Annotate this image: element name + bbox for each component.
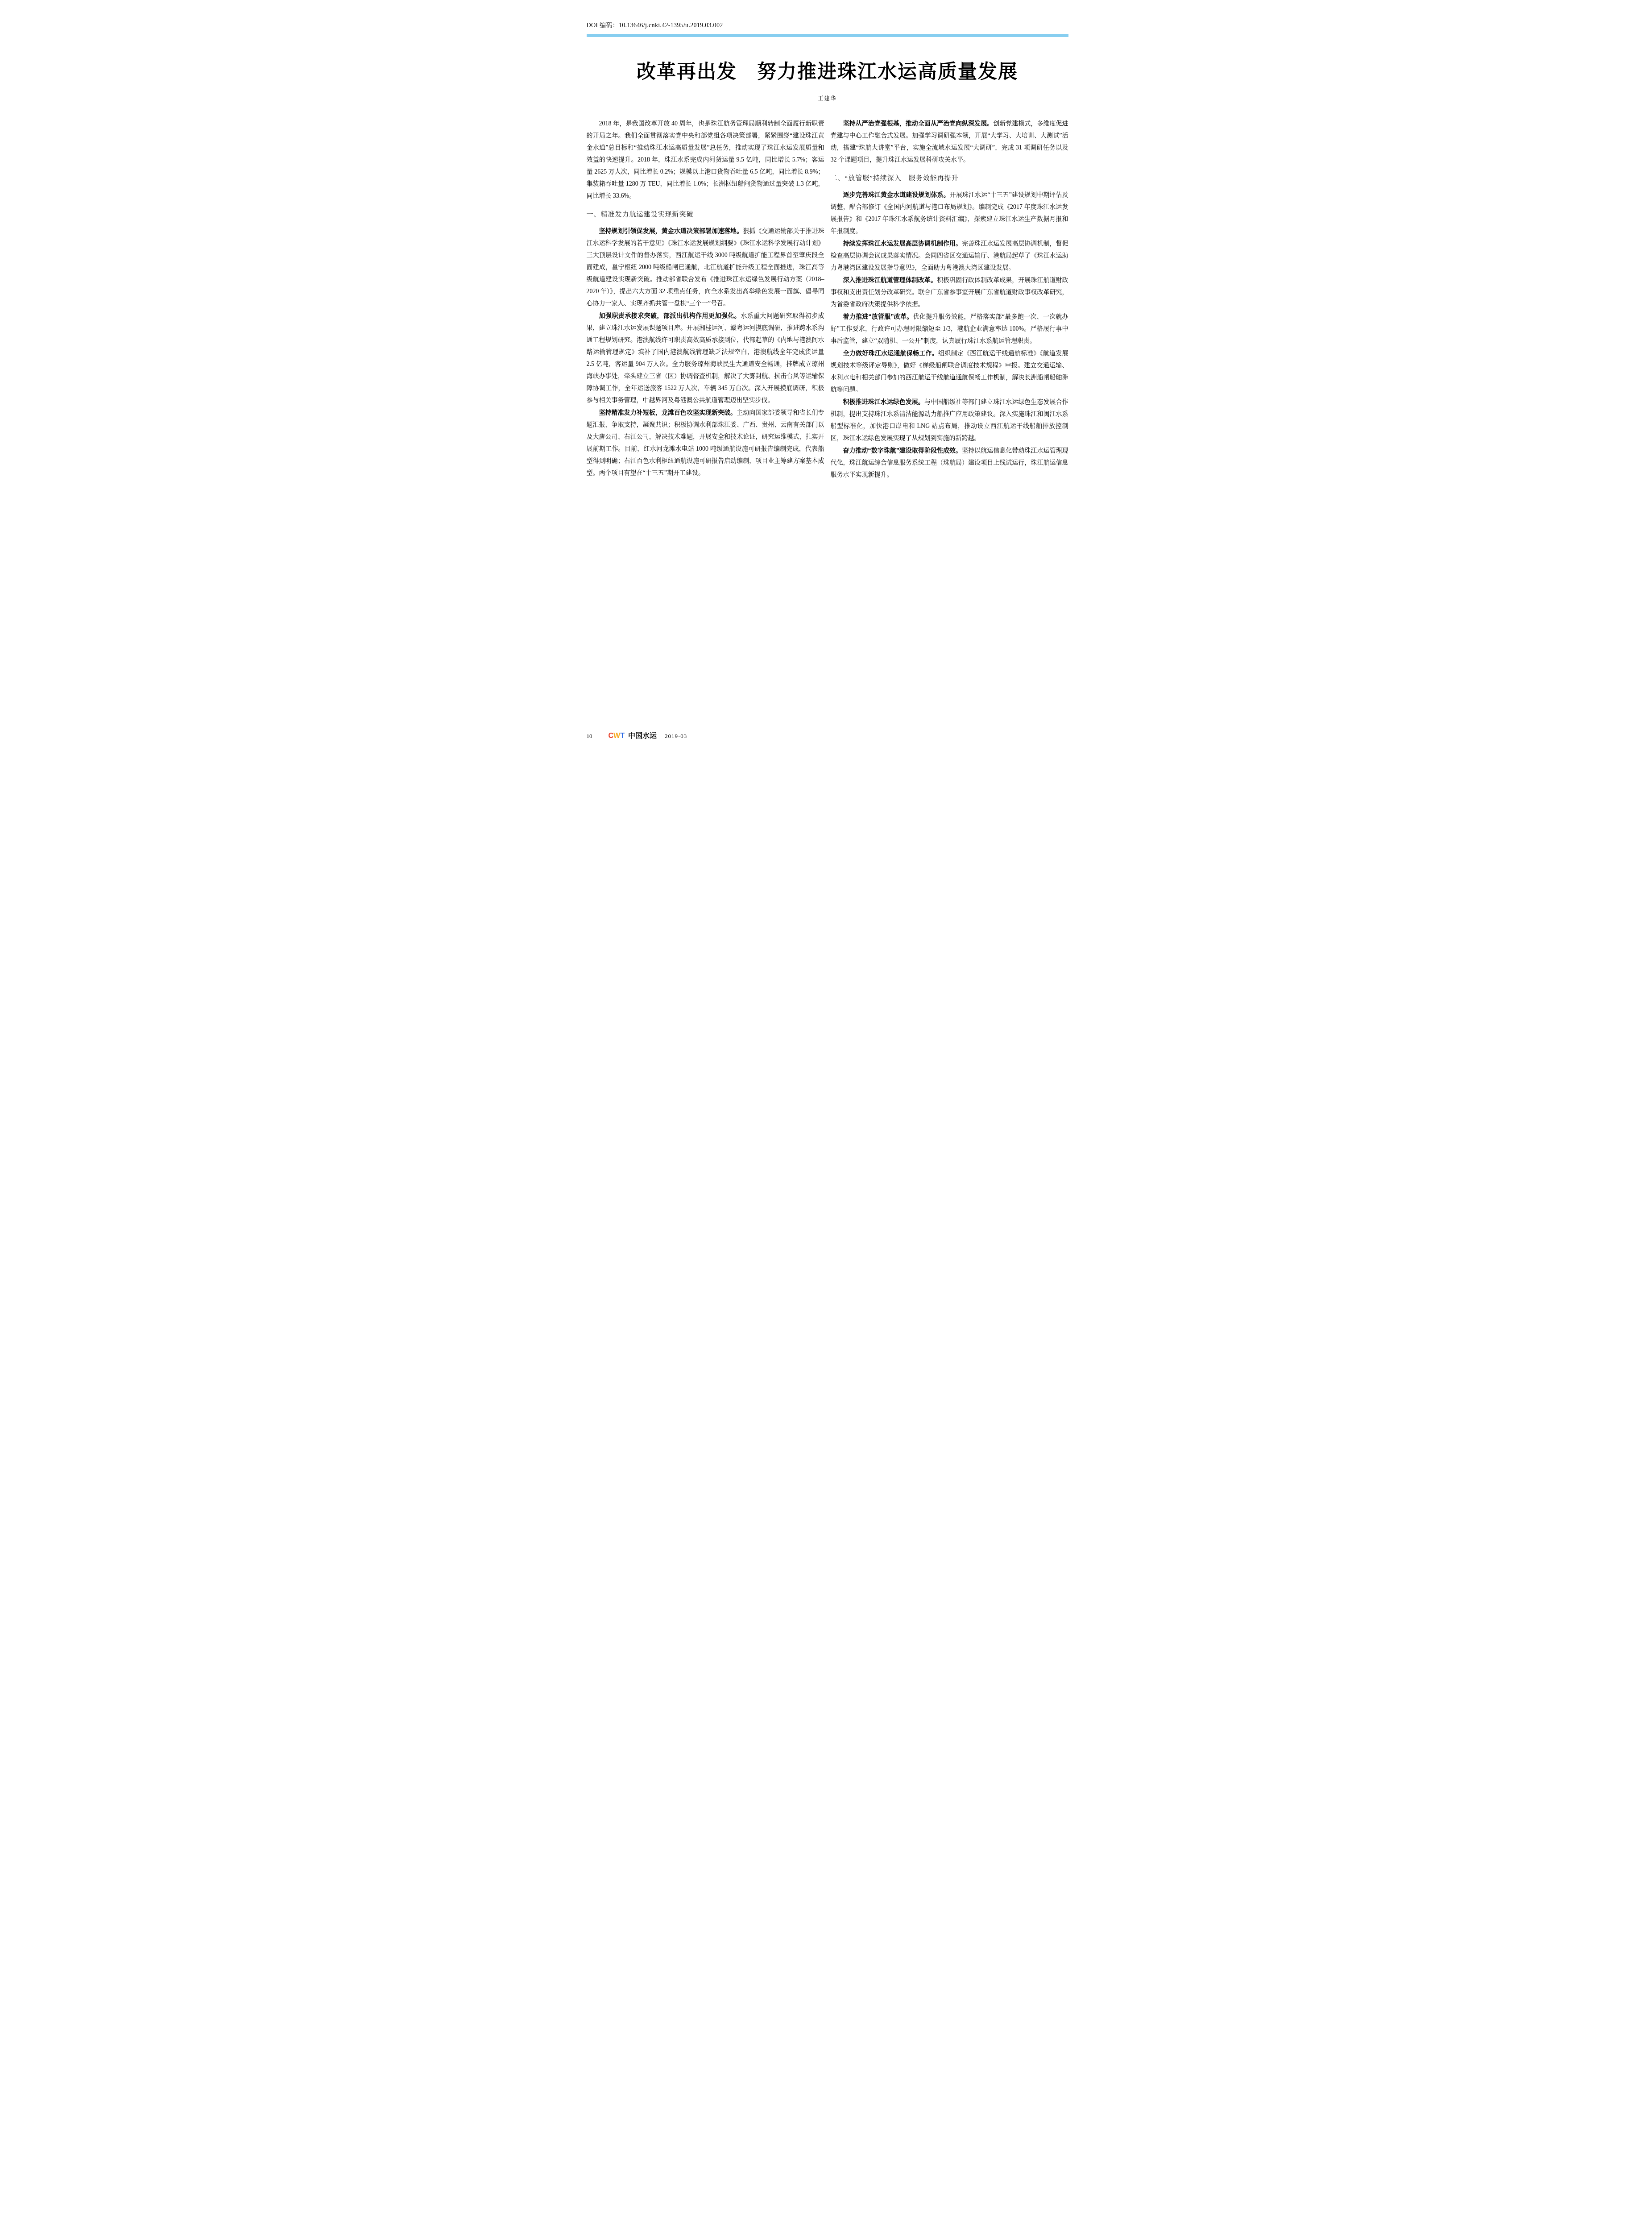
paragraph: 积极推进珠江水运绿色发展。与中国船级社等部门建立珠江水运绿色生态发展合作机制，提… (831, 396, 1068, 444)
paragraph-lead: 坚持精准发力补短板，龙滩百色攻坚实现新突破。 (599, 409, 737, 416)
paragraph-lead: 深入推进珠江航道管理体制改革。 (843, 276, 937, 283)
paragraph: 持续发挥珠江水运发展高层协调机制作用。完善珠江水运发展高层协调机制，督促检查高层… (831, 237, 1068, 274)
paragraph: 2018 年，是我国改革开放 40 周年，也是珠江航务管理局顺利转制全面履行新职… (587, 117, 824, 202)
paragraph-lead: 坚持规划引领促发展，黄金水道决策部署加速落地。 (599, 227, 743, 234)
paragraph-lead: 加强职责承接求突破，部派出机构作用更加强化。 (599, 312, 741, 319)
article-body: 2018 年，是我国改革开放 40 周年，也是珠江航务管理局顺利转制全面履行新职… (587, 117, 1068, 481)
paragraph-text: 组织制定《西江航运干线通航标准》《航道发展规划技术等级评定导则》，做好《梯级船闸… (831, 350, 1068, 393)
paragraph: 深入推进珠江航道管理体制改革。积极巩固行政体制改革成果，开展珠江航道财政事权和支… (831, 274, 1068, 311)
paragraph: 坚持规划引领促发展，黄金水道决策部署加速落地。狠抓《交通运输部关于推进珠江水运科… (587, 225, 824, 310)
right-column: 坚持从严治党强根基，推动全面从严治党向纵深发展。创新党建模式，多维度促进党建与中… (831, 117, 1068, 481)
paragraph: 全力做好珠江水运通航保畅工作。组织制定《西江航运干线通航标准》《航道发展规划技术… (831, 347, 1068, 396)
paragraph-text: 2018 年，是我国改革开放 40 周年，也是珠江航务管理局顺利转制全面履行新职… (587, 120, 824, 199)
paragraph-lead: 全力做好珠江水运通航保畅工作。 (843, 349, 938, 357)
logo-letter-c: C (609, 732, 614, 740)
paragraph-text: 与中国船级社等部门建立珠江水运绿色生态发展合作机制，提出支持珠江水系清洁能源动力… (831, 399, 1068, 442)
paragraph-lead: 积极推进珠江水运绿色发展。 (843, 398, 924, 405)
journal-logo: CWT (609, 732, 625, 740)
paragraph: 奋力推动“数字珠航”建设取得阶段性成效。坚持以航运信息化带动珠江水运管理现代化，… (831, 444, 1068, 481)
journal-name: 中国水运 (628, 730, 657, 740)
paragraph-text: 创新党建模式，多维度促进党建与中心工作融合式发展。加强学习调研强本领，开展“大学… (831, 120, 1068, 163)
issue-number: 2019·03 (665, 733, 687, 740)
article-author: 王建华 (587, 95, 1068, 102)
paragraph: 坚持精准发力补短板，龙滩百色攻坚实现新突破。主动向国家部委领导和省长们专题汇报，… (587, 406, 824, 479)
paragraph-lead: 持续发挥珠江水运发展高层协调机制作用。 (843, 240, 962, 247)
header-rule-blue (587, 34, 1068, 37)
paragraph: 着力推进“放管服”改革。优化提升服务效能，严格落实部“最多跑一次、一次就办好”工… (831, 311, 1068, 347)
paragraph: 加强职责承接求突破，部派出机构作用更加强化。水系重大问题研究取得初步成果，建立珠… (587, 310, 824, 406)
left-column: 2018 年，是我国改革开放 40 周年，也是珠江航务管理局顺利转制全面履行新职… (587, 117, 824, 481)
section-heading-2: 二、“放管服”持续深入 服务效能再提升 (831, 173, 1068, 185)
paragraph-lead: 着力推进“放管服”改革。 (843, 313, 913, 320)
logo-letter-w: W (613, 732, 620, 740)
paragraph-text: 水系重大问题研究取得初步成果，建立珠江水运发展课题项目库。开展湘桂运河、赣粤运河… (587, 313, 824, 404)
logo-letter-t: T (620, 732, 625, 740)
paragraph-lead: 逐步完善珠江黄金水道建设规划体系。 (843, 191, 950, 198)
doi-code: DOI 编码：10.13646/j.cnki.42-1395/u.2019.03… (587, 21, 1068, 29)
paragraph-lead: 奋力推动“数字珠航”建设取得阶段性成效。 (843, 447, 962, 454)
paragraph-lead: 坚持从严治党强根基，推动全面从严治党向纵深发展。 (843, 120, 994, 127)
section-heading-1: 一、精准发力航运建设实现新突破 (587, 209, 824, 221)
paragraph-text: 狠抓《交通运输部关于推进珠江水运科学发展的若干意见》《珠江水运发展规划纲要》《珠… (587, 228, 824, 307)
paragraph: 坚持从严治党强根基，推动全面从严治党向纵深发展。创新党建模式，多维度促进党建与中… (831, 117, 1068, 166)
paragraph-text: 开展珠江水运“十三五”建设规划中期评估及调整，配合部修订《全国内河航道与港口布局… (831, 192, 1068, 235)
article-title: 改革再出发 努力推进珠江水运高质量发展 (587, 57, 1068, 84)
page-footer: 10 CWT 中国水运 2019·03 (587, 730, 687, 740)
paragraph: 逐步完善珠江黄金水道建设规划体系。开展珠江水运“十三五”建设规划中期评估及调整，… (831, 189, 1068, 237)
paragraph-text: 主动向国家部委领导和省长们专题汇报，争取支持，凝聚共识；积极协调水利部珠江委、广… (587, 410, 824, 477)
journal-page: DOI 编码：10.13646/j.cnki.42-1395/u.2019.03… (551, 0, 1101, 747)
page-number: 10 (587, 733, 592, 740)
